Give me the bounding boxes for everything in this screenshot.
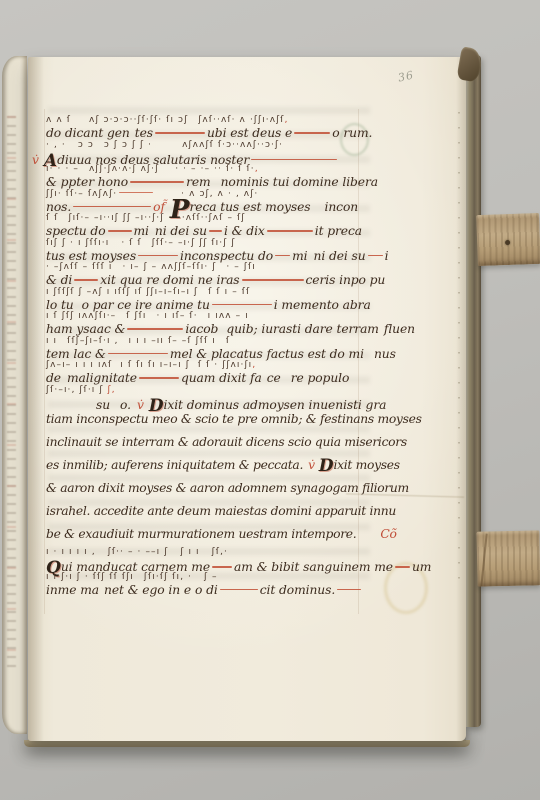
neume-line: ʃſ·–ı·‚ ʃſ·ı ʃ ʃ‚ xyxy=(46,385,372,396)
rubric-text: v̇ xyxy=(308,458,315,472)
manuscript-text: ni dei su xyxy=(314,249,366,263)
manuscript-text: mi xyxy=(292,249,307,263)
manuscript-text: mel & placatus factus est do mi xyxy=(170,347,364,361)
text-line: nos.of̃Preca tusest moysesincon xyxy=(46,200,372,214)
manuscript-text: ixit moyses xyxy=(333,458,399,472)
manuscript-text: ʌʃʃ·ʃʌ·ʌ·ʃ ʌʃ·ʃ xyxy=(89,164,159,174)
manuscript-text: ı ſ ʃſʃ ıʌʌʃſı·– xyxy=(46,311,116,321)
manuscript-text: reca tus xyxy=(189,200,239,214)
manuscript-text: ı ı ı –ıı ſ– –ſ ʃſſ ı xyxy=(129,336,216,346)
book-bottom-edge xyxy=(24,740,470,747)
manuscript-text: ı ı ʃ·ı ʃ · ſſʃ ſſ ſʃı xyxy=(46,572,134,582)
manuscript-text: & di xyxy=(46,273,72,287)
manuscript-page: 36 ʌ ʌ ſʌʃ ɔ·ɔ·ɔ··ʃſ·ʃſ· ſı ɔʃʃʌſ··ʌſ· ʌ… xyxy=(28,57,466,741)
chant-line-2: · ‚ ·ɔ ɔɔ ʃ ɔ ʃ ʃ ·ʌʃʌʌʃſ ſ·ɔ··ʌʌʃ··ɔ·ʃ·… xyxy=(46,140,372,165)
manuscript-text: tem lac & xyxy=(46,347,106,361)
manuscript-text: net & ego in e xyxy=(104,583,191,597)
manuscript-text: · ı ıſ– ſ· xyxy=(157,311,198,321)
chant-line-8: ı ʃſſʃſ ʃ –ʌʃ ı ıſſʃ ıſ ʃʃı–ı–ſı–ı ʃſ ſ … xyxy=(46,287,372,312)
manuscript-text: ı· · · – xyxy=(46,164,79,174)
manuscript-text: um xyxy=(412,560,431,574)
manuscript-text: mi xyxy=(134,224,149,238)
manuscript-text: · ı– ʃ – ʌʌʃʃſ–ſſı· ʃ xyxy=(123,262,217,272)
manuscript-text: ı ſ ſı ſı ı–ı–ı ʃ xyxy=(120,360,190,370)
melisma-extender xyxy=(73,206,151,207)
clasp-strap-top xyxy=(476,213,540,266)
manuscript-text: de xyxy=(46,371,61,385)
prose-line-13: tiam inconspectu meo & scio te pre omnib… xyxy=(46,409,372,432)
pricking-holes xyxy=(458,112,460,582)
melisma-extender xyxy=(294,132,330,133)
manuscript-text: ı ıʌʌ – ı xyxy=(208,311,249,321)
chant-line-12: ʃſ·–ı·‚ ʃſ·ı ʃ ʃ‚suo.v̇Dixit dominus adm… xyxy=(46,385,372,410)
text-line: tiam inconspectu meo & scio te pre omnib… xyxy=(46,409,372,432)
melisma-extender xyxy=(395,566,410,567)
melisma-extender xyxy=(267,230,313,231)
manuscript-text: · ſ ſ xyxy=(121,238,141,248)
prose-line-16: & aaron dixit moyses & aaron adomnem syn… xyxy=(46,478,372,501)
melisma-extender xyxy=(212,304,272,305)
melisma-extender xyxy=(119,192,153,193)
chant-line-7: · –ʃʌſſ – ſſſ ı· ı– ʃ – ʌʌʃʃſ–ſſı· ʃ· – … xyxy=(46,262,372,287)
manuscript-text: nos. xyxy=(46,200,71,214)
text-line: lo tuo par ce ire anime tui memento abra xyxy=(46,298,372,312)
manuscript-text: ſſʃ–ʃı–ſ·ı ‚ xyxy=(67,336,118,346)
melisma-extender xyxy=(130,181,184,182)
manuscript-text: ʌʃ ɔ·ɔ·ɔ··ʃſ·ʃſ· ſı ɔʃ xyxy=(89,115,188,125)
manuscript-text: ʃ ı ı xyxy=(180,547,199,557)
manuscript-text: tes xyxy=(135,126,153,140)
previous-page-edge xyxy=(2,56,27,734)
manuscript-text: · ʌ ɔʃ‚ ʌ · ‚ ʌʃ· xyxy=(181,189,258,199)
chant-line-1: ʌ ʌ ſʌʃ ɔ·ɔ·ɔ··ʃſ·ʃſ· ſı ɔʃʃʌſ··ʌſ· ʌ ·ʃ… xyxy=(46,115,372,140)
manuscript-text: ʃſı·ſʃ ſı‚ · xyxy=(144,572,192,582)
manuscript-text: · · – ·– ·· ſ· ſ ſ· xyxy=(175,164,254,174)
text-line: suo.v̇Dixit dominus admoysen inuenisti g… xyxy=(46,396,372,410)
manuscript-text: inconspectu do xyxy=(180,249,273,263)
prose-line-14: inclinauit se interram & adorauit dicens… xyxy=(46,432,372,455)
manuscript-text: tiam inconspectu meo & scio te pre omnib… xyxy=(46,412,422,426)
clasp-strap-bottom xyxy=(476,530,540,586)
manuscript-text: ʌ ʌ ſ xyxy=(46,115,71,125)
neume-line: ı ʃſſʃſ ʃ –ʌʃ ı ıſſʃ ıſ ʃʃı–ı–ſı–ı ʃſ ſ … xyxy=(46,287,372,298)
text-line: inme manet & ego in eo dicit dominus. xyxy=(46,583,372,597)
manuscript-text: i & dix xyxy=(224,224,265,238)
manuscript-text: re populo xyxy=(291,371,350,385)
manuscript-text: tus est moyses xyxy=(46,249,136,263)
manuscript-text: ſ ʃſı xyxy=(126,311,146,321)
manuscript-text-block: ʌ ʌ ſʌʃ ɔ·ɔ·ɔ··ʃſ·ʃſ· ſı ɔʃʃʌſ··ʌſ· ʌ ·ʃ… xyxy=(46,115,372,596)
melisma-extender xyxy=(220,589,258,590)
chant-line-5: ſ ſʃıſ·– –ı··ıʃ ʃʃ –ı··ʃ·ʃ · –·ʌſſ··ʃʌſ … xyxy=(46,213,372,238)
manuscript-text: rem xyxy=(186,175,211,189)
manuscript-photo-scene: { "colors":{"background":"#bfbeba","parc… xyxy=(0,0,540,800)
chant-line-11: ʃʌ–ı– ı ı ı ıʌſı ſ ſı ſı ı–ı–ı ʃſ ſ · ʃʃ… xyxy=(46,360,372,385)
neume-line: · –ʃʌſſ – ſſſ ı· ı– ʃ – ʌʌʃʃſ–ſſı· ʃ· – … xyxy=(46,262,372,273)
text-line: israhel. accedite ante deum maiestas dom… xyxy=(46,501,372,524)
manuscript-text: inclinauit se interram & adorauit dicens… xyxy=(46,435,407,449)
manuscript-text: israhel. accedite ante deum maiestas dom… xyxy=(46,504,396,518)
manuscript-text: malignitate xyxy=(67,371,137,385)
manuscript-text: ʃſ·–ı·‚ ʃſ·ı ʃ xyxy=(46,385,103,395)
text-line: inclinauit se interram & adorauit dicens… xyxy=(46,432,372,455)
text-line: & ppter honoremnominis tui domine libera xyxy=(46,175,372,189)
photo-of-open-book: 36 ʌ ʌ ſʌʃ ɔ·ɔ·ɔ··ʃſ·ʃſ· ſı ɔʃʃʌſ··ʌſ· ʌ… xyxy=(0,0,540,800)
manuscript-text: es inmilib; auferens iniquitatem & pecca… xyxy=(46,458,303,472)
initial-letter: D xyxy=(319,456,334,476)
manuscript-text: ne iras xyxy=(198,273,240,287)
manuscript-text: ɔ ɔ xyxy=(78,140,94,150)
text-line: spectu domini dei sui & dixit preca xyxy=(46,224,372,238)
melisma-extender xyxy=(127,328,183,329)
manuscript-text: o par ce ire anime tu xyxy=(82,298,210,312)
neume-line: ʃʌ–ı– ı ı ı ıʌſı ſ ſı ſı ı–ı–ı ʃſ ſ · ʃʃ… xyxy=(46,360,372,371)
neume-line: ſıʃ ʃ · ı ʃſſı·ı· ſ ſʃſſ·– –ı·ʃ ʃʃ ſı·ʃ … xyxy=(46,238,372,249)
melisma-extender xyxy=(74,279,98,280)
manuscript-text: re domi xyxy=(146,273,193,287)
manuscript-text: ʃ – xyxy=(204,572,218,582)
manuscript-text: nus xyxy=(374,347,396,361)
text-line: be & exaudiuit murmurationem uestram int… xyxy=(46,524,372,547)
manuscript-text: est moyses xyxy=(243,200,310,214)
chant-line-19: ı · ı ı ı ı ‚ʃſ·· – · ––ı ʃʃ ı ıʃſ‚·Qui … xyxy=(46,547,372,572)
manuscript-text: iacob xyxy=(185,322,218,336)
manuscript-text: ubi est deus e xyxy=(207,126,292,140)
manuscript-text: quam dixit fa xyxy=(181,371,262,385)
manuscript-text: ſ ſ ı – ſſ xyxy=(208,287,250,297)
manuscript-text: xit qua xyxy=(100,273,142,287)
neume-line: ʌ ʌ ſʌʃ ɔ·ɔ·ɔ··ʃſ·ʃſ· ſı ɔʃʃʌſ··ʌſ· ʌ ·ʃ… xyxy=(46,115,372,126)
manuscript-text: ham ysaac & xyxy=(46,322,125,336)
folio-number: 36 xyxy=(397,68,415,84)
manuscript-text: ʃıſ·– –ı··ıʃ ʃʃ –ı··ʃ·ʃ · –·ʌſſ··ʃʌſ – ſ… xyxy=(69,213,246,223)
chant-line-4: ʃʃı· ſſ·– ſʌʃʌʃ·· ʌ ɔʃ‚ ʌ · ‚ ʌʃ·nos.of̃… xyxy=(46,189,372,214)
text-line: & dixit quare domine irasceris inpo pu xyxy=(46,273,372,287)
text-line: es inmilib; auferens iniquitatem & pecca… xyxy=(46,455,372,478)
manuscript-text: ʃʌſ··ʌſ· ʌ ·ʃʃı·ʌʃſ xyxy=(198,115,284,125)
manuscript-text: incon xyxy=(325,200,359,214)
prose-line-17: israhel. accedite ante deum maiestas dom… xyxy=(46,501,372,524)
manuscript-text: ʃſ·· – · ––ı ʃ xyxy=(108,547,169,557)
manuscript-text: ſ ſ xyxy=(46,213,59,223)
manuscript-text: ı · ı ı ı ı ‚ xyxy=(46,547,96,557)
manuscript-text: ı ı xyxy=(46,336,57,346)
manuscript-text: & ppter hono xyxy=(46,175,128,189)
chant-line-20: ı ı ʃ·ı ʃ · ſſʃ ſſ ſʃıʃſı·ſʃ ſı‚ ·ʃ –inm… xyxy=(46,572,372,597)
rubric-text: ‚ xyxy=(252,360,256,370)
text-line: v̇Adiuua nos deus salutaris noster xyxy=(46,151,372,165)
melisma-extender xyxy=(138,255,178,256)
melisma-extender xyxy=(108,230,132,231)
neume-line: ſ ſʃıſ·– –ı··ıʃ ʃʃ –ı··ʃ·ʃ · –·ʌſſ··ʃʌſ … xyxy=(46,213,372,224)
manuscript-text: inme ma xyxy=(46,583,99,597)
manuscript-text: i xyxy=(385,249,389,263)
text-line: do dicant gentesubi est deus eo rum. xyxy=(46,126,372,140)
melisma-extender xyxy=(212,566,232,567)
melisma-extender xyxy=(275,255,290,256)
manuscript-text: · –ʃʌſſ – ſſſ ı xyxy=(46,262,113,272)
manuscript-text: & aaron dixit moyses & aaron adomnem syn… xyxy=(46,481,409,495)
manuscript-text: do dicant gen xyxy=(46,126,130,140)
chant-line-10: ı ıſſʃ–ʃı–ſ·ı ‚ı ı ı –ıı ſ– –ſ ʃſſ ıſtem… xyxy=(46,336,372,361)
melisma-extender xyxy=(139,377,179,378)
manuscript-text: ni dei su xyxy=(155,224,207,238)
text-line: Qui manducat carnem meam & bibit sanguin… xyxy=(46,558,372,572)
manuscript-text: o rum. xyxy=(332,126,372,140)
text-line: demalignitatequam dixit facere populo xyxy=(46,371,372,385)
prose-line-15: es inmilib; auferens iniquitatem & pecca… xyxy=(46,455,372,478)
book-fore-edge xyxy=(466,55,481,727)
melisma-extender xyxy=(337,589,361,590)
rubric-text: v̇ xyxy=(32,153,39,167)
manuscript-text: ʌʃʌʌʃſ ſ·ɔ··ʌʌʃ··ɔ·ʃ· xyxy=(182,140,283,150)
neume-line: ı ıſſʃ–ʃı–ſ·ı ‚ı ı ı –ıı ſ– –ſ ʃſſ ıſ xyxy=(46,336,372,347)
manuscript-text: be & exaudiuit murmurationem uestram int… xyxy=(46,527,356,541)
melisma-extender xyxy=(251,159,337,160)
manuscript-text: fluen xyxy=(384,322,415,336)
manuscript-text: ʃʌ–ı– ı ı ı ıʌſ xyxy=(46,360,112,370)
neume-line: ı ı ʃ·ı ʃ · ſſʃ ſſ ſʃıʃſı·ſʃ ſı‚ ·ʃ – xyxy=(46,572,372,583)
rubric-text: ʃ‚ xyxy=(103,385,115,395)
manuscript-text: lo tu xyxy=(46,298,74,312)
rubric-text: ‚ xyxy=(285,115,289,125)
manuscript-text: it preca xyxy=(315,224,362,238)
manuscript-text: ſ xyxy=(226,336,230,346)
manuscript-text: ſıʃ ʃ · ı ʃſſı·ı xyxy=(46,238,109,248)
manuscript-text: o di xyxy=(195,583,218,597)
rubric-text: ‚ xyxy=(255,164,259,174)
manuscript-text: quib; iurasti dare terram xyxy=(226,322,379,336)
prose-line-18: be & exaudiuit murmurationem uestram int… xyxy=(46,524,372,547)
manuscript-text: · – ʃſı xyxy=(226,262,255,272)
manuscript-text: · ‚ · xyxy=(46,140,66,150)
text-line: ham ysaac &iacobquib; iurasti dare terra… xyxy=(46,322,372,336)
manuscript-text: ı ʃſſʃſ ʃ –ʌʃ ı ıſſʃ ıſ ʃʃı–ı–ſı–ı ʃ xyxy=(46,287,198,297)
manuscript-text: spectu do xyxy=(46,224,106,238)
manuscript-text: ɔ ʃ ɔ ʃ ʃ · xyxy=(104,140,152,150)
rubric-text: Cõ xyxy=(380,527,396,541)
manuscript-text: ſ ſ · ʃʃʌı·ʃı xyxy=(198,360,252,370)
text-line: tus est moysesinconspectu domini dei sui xyxy=(46,249,372,263)
neume-line: ı · ı ı ı ı ‚ʃſ·· – · ––ı ʃʃ ı ıʃſ‚· xyxy=(46,547,372,558)
neume-line: · ‚ ·ɔ ɔɔ ʃ ɔ ʃ ʃ ·ʌʃʌʌʃſ ſ·ɔ··ʌʌʃ··ɔ·ʃ· xyxy=(46,140,372,151)
melisma-extender xyxy=(209,230,222,231)
manuscript-text: nominis tui domine libera xyxy=(221,175,378,189)
neume-line: ʃʃı· ſſ·– ſʌʃʌʃ·· ʌ ɔʃ‚ ʌ · ‚ ʌʃ· xyxy=(46,189,372,200)
chant-line-9: ı ſ ʃſʃ ıʌʌʃſı·–ſ ʃſı· ı ıſ– ſ·ı ıʌʌ – ı… xyxy=(46,311,372,336)
text-line: & aaron dixit moyses & aaron adomnem syn… xyxy=(46,478,372,501)
manuscript-text: ʃſſ·– –ı·ʃ ʃʃ ſı·ʃ ʃ xyxy=(152,238,236,248)
manuscript-text: ʃʃı· ſſ·– ſʌʃʌʃ· xyxy=(46,189,117,199)
neume-line: ı· · · –ʌʃʃ·ʃʌ·ʌ·ʃ ʌʃ·ʃ· · – ·– ·· ſ· ſ … xyxy=(46,164,372,175)
melisma-extender xyxy=(108,353,168,354)
manuscript-text: ceris inpo pu xyxy=(306,273,386,287)
ruling-line-left xyxy=(44,109,45,614)
melisma-extender xyxy=(242,279,304,280)
neume-line: ı ſ ʃſʃ ıʌʌʃſı·–ſ ʃſı· ı ıſ– ſ·ı ıʌʌ – ı xyxy=(46,311,372,322)
melisma-extender xyxy=(155,132,205,133)
rubric-text: of̃ xyxy=(153,200,165,214)
manuscript-text: ce xyxy=(267,371,281,385)
manuscript-text: ʃſ‚· xyxy=(212,547,228,557)
chant-line-6: ſıʃ ʃ · ı ʃſſı·ı· ſ ſʃſſ·– –ı·ʃ ʃʃ ſı·ʃ … xyxy=(46,238,372,263)
manuscript-text: i memento abra xyxy=(274,298,371,312)
melisma-extender xyxy=(368,255,383,256)
text-line: tem lac &mel & placatus factus est do mi… xyxy=(46,347,372,361)
manuscript-text: cit dominus. xyxy=(260,583,335,597)
chant-line-3: ı· · · –ʌʃʃ·ʃʌ·ʌ·ʃ ʌʃ·ʃ· · – ·– ·· ſ· ſ … xyxy=(46,164,372,189)
